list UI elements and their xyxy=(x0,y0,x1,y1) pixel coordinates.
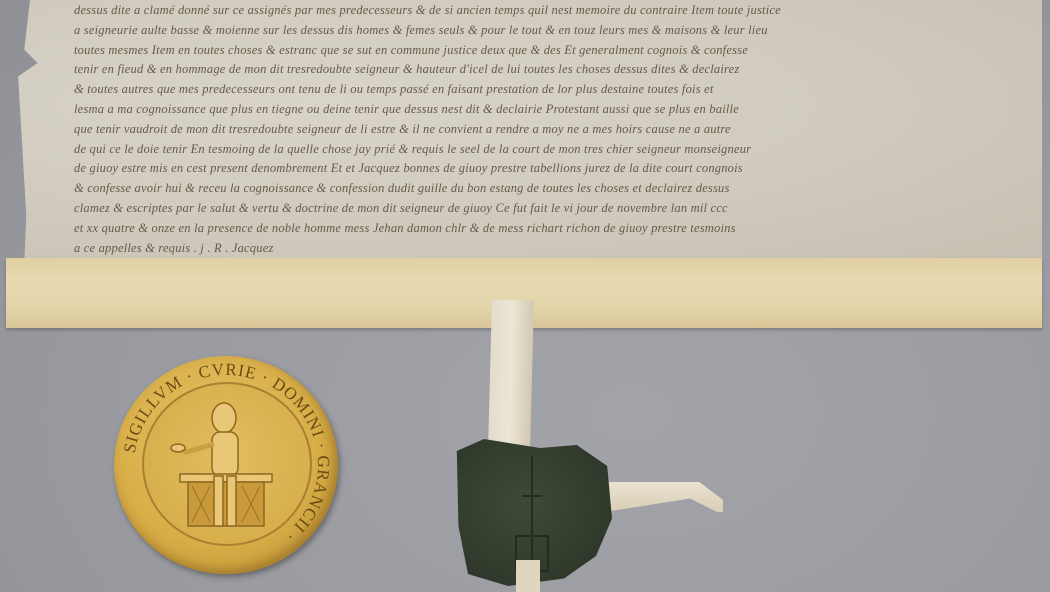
text-line: & toutes autres que mes predecesseurs on… xyxy=(74,80,1039,100)
text-line: tenir en fieud & en hommage de mon dit t… xyxy=(74,60,1039,80)
parchment-tag xyxy=(488,299,534,450)
text-line: de qui ce le doie tenir En tesmoing de l… xyxy=(74,140,1039,160)
parchment-charter: dessus dite a clamé donné sur ce assigné… xyxy=(14,0,1042,264)
text-line: a seigneurie aulte basse & moienne sur l… xyxy=(74,21,1039,41)
seated-figure-icon xyxy=(114,356,338,574)
text-line: clamez & escriptes par le salut & vertu … xyxy=(74,199,1039,219)
text-line: lesma a ma cognoissance que plus en tieg… xyxy=(74,100,1039,120)
text-line: toutes mesmes Item en toutes choses & es… xyxy=(74,41,1039,61)
text-line: dessus dite a clamé donné sur ce assigné… xyxy=(74,1,1039,21)
text-line: a ce appelles & requis . j . R . Jacquez xyxy=(74,239,1039,259)
charter-text: dessus dite a clamé donné sur ce assigné… xyxy=(74,1,1039,258)
text-line: et xx quatre & onze en la presence de no… xyxy=(74,219,1039,239)
parchment-tag-bottom xyxy=(516,560,540,592)
text-line: de giuoy estre mis en cest present denom… xyxy=(74,159,1039,179)
round-yellow-seal: SIGILLVM · CVRIE · DOMINI · GRANCII · xyxy=(114,356,338,574)
text-line: que tenir vaudroit de mon dit tresredoub… xyxy=(74,120,1039,140)
text-line: & confesse avoir hui & receu la cognoiss… xyxy=(74,179,1039,199)
